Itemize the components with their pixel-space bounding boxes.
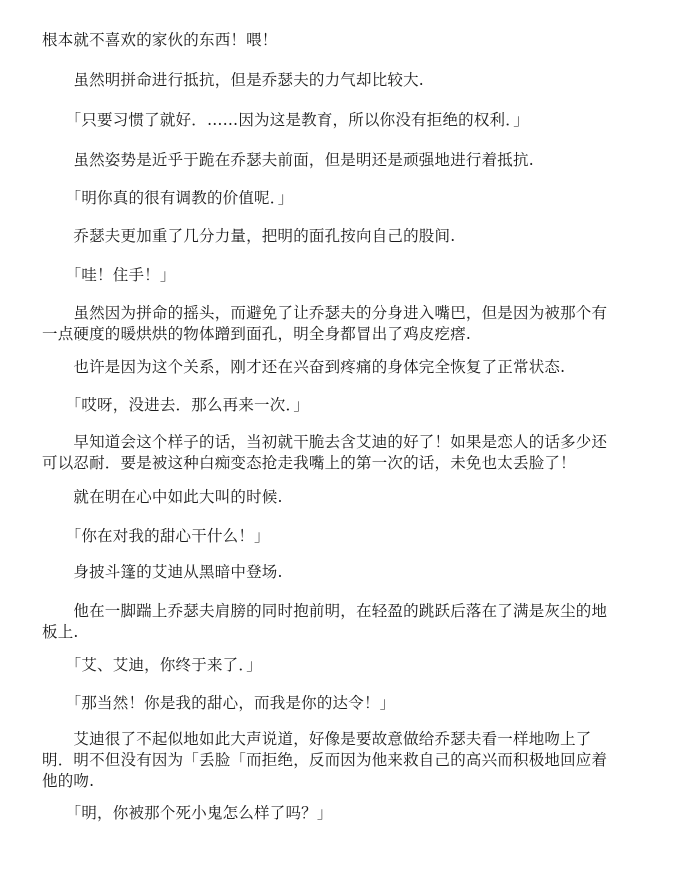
paragraph: 他在一脚踹上乔瑟夫肩膀的同时抱前明，在轻盈的跳跃后落在了满是灰尘的地 板上. xyxy=(42,601,642,643)
paragraph: 就在明在心中如此大叫的时候. xyxy=(42,487,642,508)
dialogue-line: 「哇！住手！」 xyxy=(42,265,642,286)
dialogue-line: 「明，你被那个死小鬼怎么样了吗？」 xyxy=(42,803,642,824)
dialogue-line: 「只要习惯了就好．……因为这是教育，所以你没有拒绝的权利．」 xyxy=(42,110,642,131)
dialogue-line: 「明你真的很有调教的价值呢．」 xyxy=(42,188,642,209)
paragraph: 也许是因为这个关系，刚才还在兴奋到疼痛的身体完全恢复了正常状态. xyxy=(42,357,642,378)
paragraph: 身披斗篷的艾迪从黑暗中登场. xyxy=(42,562,642,583)
paragraph: 根本就不喜欢的家伙的东西！喂！ xyxy=(42,30,642,51)
paragraph: 虽然因为拼命的摇头，而避免了让乔瑟夫的分身进入嘴巴，但是因为被那个有 一点硬度的… xyxy=(42,303,642,345)
dialogue-line: 「艾、艾迪，你终于来了．」 xyxy=(42,655,642,676)
paragraph: 虽然姿势是近乎于跪在乔瑟夫前面，但是明还是顽强地进行着抵抗. xyxy=(42,150,642,171)
paragraph: 虽然明拼命进行抵抗，但是乔瑟夫的力气却比较大. xyxy=(42,70,642,91)
dialogue-line: 「你在对我的甜心干什么！」 xyxy=(42,526,642,547)
paragraph: 早知道会这个样子的话，当初就干脆去含艾迪的好了！如果是恋人的话多少还 可以忍耐．… xyxy=(42,432,642,474)
paragraph: 乔瑟夫更加重了几分力量，把明的面孔按向自己的股间. xyxy=(42,226,642,247)
dialogue-line: 「那当然！你是我的甜心，而我是你的达令！」 xyxy=(42,693,642,714)
document-page: 根本就不喜欢的家伙的东西！喂！ 虽然明拼命进行抵抗，但是乔瑟夫的力气却比较大. … xyxy=(0,0,680,880)
dialogue-line: 「哎呀，没进去．那么再来一次．」 xyxy=(42,395,642,416)
paragraph: 艾迪很了不起似地如此大声说道，好像是要故意做给乔瑟夫看一样地吻上了 明．明不但没… xyxy=(42,729,642,792)
